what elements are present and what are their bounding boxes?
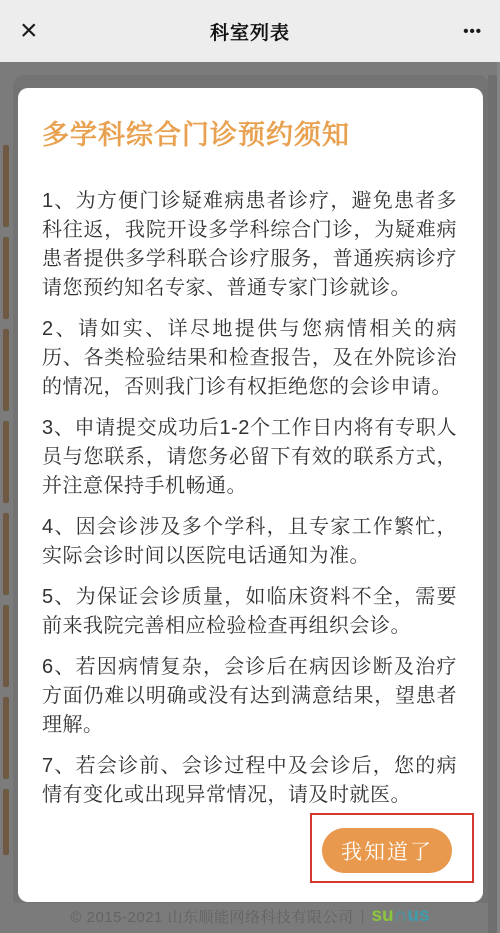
background-list-edge — [3, 421, 9, 503]
sunus-logo: su∩us — [371, 905, 429, 927]
sunus-logo-n: ∩ — [394, 905, 408, 926]
background-list-edge — [3, 697, 9, 779]
notice-paragraph: 1、为方便门诊疑难病患者诊疗，避免患者多科往返，我院开设多学科综合门诊，为疑难病… — [42, 187, 457, 303]
notice-modal: 多学科综合门诊预约须知 1、为方便门诊疑难病患者诊疗，避免患者多科往返，我院开设… — [18, 88, 483, 902]
sunus-logo-su: su — [371, 905, 393, 926]
page-title: 科室列表 — [0, 18, 500, 45]
background-list-edge — [3, 237, 9, 319]
close-icon: × — [20, 0, 38, 62]
more-icon: ••• — [463, 23, 482, 40]
notice-content: 多学科综合门诊预约须知 1、为方便门诊疑难病患者诊疗，避免患者多科往返，我院开设… — [18, 88, 483, 808]
background-list-edge — [3, 145, 9, 227]
more-button[interactable]: ••• — [442, 0, 482, 62]
notice-paragraph: 4、因会诊涉及多个学科，且专家工作繁忙，实际会诊时间以医院电话通知为准。 — [42, 513, 457, 571]
background-list-edge — [3, 329, 9, 411]
copyright-text: © 2015-2021 山东顺能网络科技有限公司 — [70, 906, 353, 927]
notice-paragraph: 6、若因病情复杂，会诊后在病因诊断及治疗方面仍难以明确或没有达到满意结果，望患者… — [42, 653, 457, 740]
background-list-edge — [3, 605, 9, 687]
close-button[interactable]: × — [20, 0, 64, 62]
background-list-edge — [3, 513, 9, 595]
confirm-button[interactable]: 我知道了 — [322, 828, 452, 873]
notice-paragraph: 5、为保证会诊质量，如临床资料不全，需要前来我院完善相应检验检查再组织会诊。 — [42, 583, 457, 641]
navbar: × 科室列表 ••• — [0, 0, 500, 62]
notice-paragraph: 7、若会诊前、会诊过程中及会诊后，您的病情有变化或出现异常情况，请及时就医。 — [42, 752, 457, 808]
background-list-edge — [3, 789, 9, 855]
notice-paragraph: 2、请如实、详尽地提供与您病情相关的病历、各类检验结果和检查报告，及在外院诊治的… — [42, 315, 457, 402]
notice-paragraph: 3、申请提交成功后1-2个工作日内将有专职人员与您联系，请您务必留下有效的联系方… — [42, 414, 457, 501]
background-right-shade — [488, 75, 497, 933]
footer: © 2015-2021 山东顺能网络科技有限公司 | su∩us — [0, 899, 500, 933]
footer-separator: | — [361, 908, 365, 925]
modal-title: 多学科综合门诊预约须知 — [42, 117, 457, 153]
sunus-logo-us: us — [407, 905, 429, 926]
